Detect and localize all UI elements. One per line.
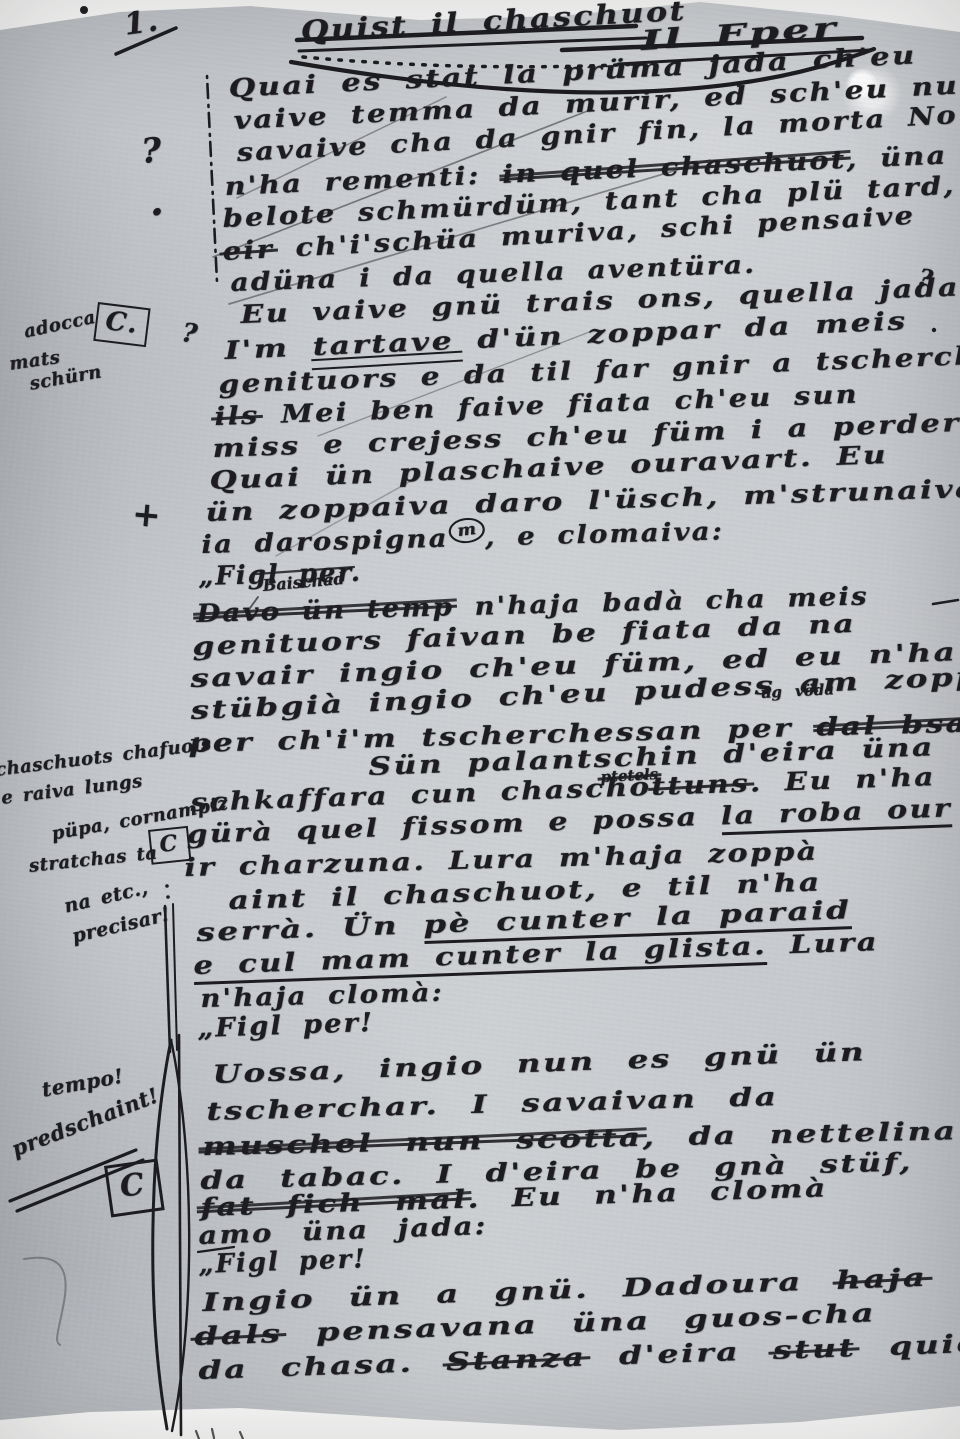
struck-text: eir [222, 234, 275, 266]
struck-text: ils [214, 400, 260, 431]
p6-line3-end: quiet [856, 1328, 960, 1362]
margin-plus-mark: + [131, 494, 163, 536]
p4-figl-per: „Figl per! [197, 1008, 375, 1044]
correction-box-c3: C [104, 1158, 165, 1217]
correction-box-c1: C. [93, 302, 151, 347]
p2-line8-text: ia darospigna [201, 524, 449, 559]
double-underlined-text: tartave [312, 326, 455, 361]
p1-line4-end: , üna [846, 140, 948, 173]
margin-dot: . [150, 178, 164, 225]
p5-figl-per: „Figl per! [198, 1244, 367, 1280]
struck-text: haja [836, 1263, 928, 1295]
struck-text: ttuns [651, 768, 751, 800]
insertion-ug-voeda: üg vöda [760, 680, 834, 702]
p2-line2-text: I'm [224, 332, 313, 365]
struck-text: stut [772, 1333, 857, 1365]
struck-text: Stanza [446, 1342, 587, 1376]
p2-line8-end: , e clomaiva: [484, 516, 724, 551]
p4-line7-end: Lura [766, 927, 879, 960]
struck-text: dals [194, 1319, 283, 1351]
margin-question-mark: ? [140, 131, 163, 172]
manuscript-photo: 1. Quist il chaschuot Il Fper ? . Quai e… [0, 0, 960, 1439]
page-number: 1. [122, 3, 162, 43]
